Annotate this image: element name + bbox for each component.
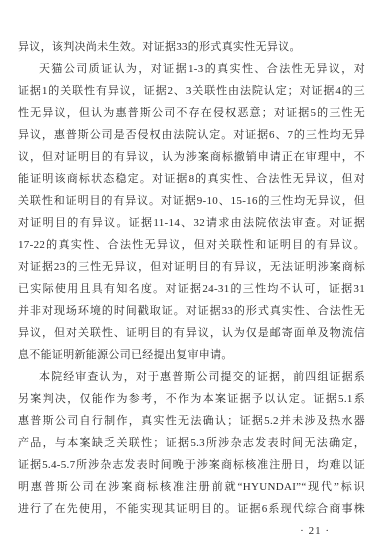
text-line: 对证据23的三性无异议，但对证明目的有异议，无法证明涉案商标 [18,256,365,278]
text-line: 议，但对证明目的有异议，认为涉案商标撤销申请正在审理中，不 [18,146,365,168]
text-line: 产品，与本案缺乏关联性；证据5.3所涉杂志发表时间无法确定， [18,432,365,454]
text-line: 惠普斯公司自行制作，真实性无法确认；证据5.2并未涉及热水器 [18,410,365,432]
text-line: 另案判决，仅能作为参考，不作为本案证据予以认定。证据5.1系 [18,388,365,410]
scanned-judgment-page: 异议，该判决尚未生效。对证据33的形式真实性无异议。 天猫公司质证认为，对证据1… [0,0,370,560]
text-line: 性无异议，但认为惠普斯公司不存在侵权恶意；对证据5的三性无 [18,102,365,124]
text-line: 能证明该商标状态稳定。对证据8的真实性、合法性无异议，但对 [18,168,365,190]
text-line: 17-22的真实性、合法性无异议，但对关联性和证明目的有异议。 [18,234,365,256]
text-line: 异议，该判决尚未生效。对证据33的形式真实性无异议。 [18,36,365,58]
paragraph: 异议，该判决尚未生效。对证据33的形式真实性无异议。 [18,36,365,58]
text-line: 并非对现场环境的时间戳取证。对证据33的形式真实性、合法性无 [18,300,365,322]
text-line: 已实际使用且具有知名度。对证据24-31的三性均不认可，证据31 [18,278,365,300]
text-line: 息不能证明新能源公司已经提出复审申请。 [18,344,365,366]
paragraph: 天猫公司质证认为，对证据1-3的真实性、合法性无异议，对 证据1的关联性有异议，… [18,58,365,366]
paragraph: 本院经审查认为，对于惠普斯公司提交的证据，前四组证据系 另案判决，仅能作为参考，… [18,366,365,520]
text-line: 关联性和证明目的有异议。对证据9-10、15-16的三性均无异议，但 [18,190,365,212]
text-line: 证据1的关联性有异议，证据2、3关联性由法院认定；对证据4的三 [18,80,365,102]
text-line: 对证明目的有异议。证据11-14、32请求由法院依法审查。对证据 [18,212,365,234]
page-number: · 21 · [300,525,330,537]
body-text: 异议，该判决尚未生效。对证据33的形式真实性无异议。 天猫公司质证认为，对证据1… [18,36,365,520]
text-line: 进行了在先使用，不能实现其证明目的。证据6系现代综合商事株 [18,498,365,520]
text-line: 异议，但对关联性、证明目的有异议，认为仅是邮寄面单及物流信 [18,322,365,344]
text-line: 证据5.4-5.7所涉杂志发表时间晚于涉案商标核准注册日，均难以证 [18,454,365,476]
text-line: 本院经审查认为，对于惠普斯公司提交的证据，前四组证据系 [18,366,365,388]
text-line: 明惠普斯公司在涉案商标核准注册前就“HYUNDAI”“现代”标识 [18,476,365,498]
text-line: 天猫公司质证认为，对证据1-3的真实性、合法性无异议，对 [18,58,365,80]
text-line: 异议，惠普斯公司是否侵权由法院认定。对证据6、7的三性均无异 [18,124,365,146]
